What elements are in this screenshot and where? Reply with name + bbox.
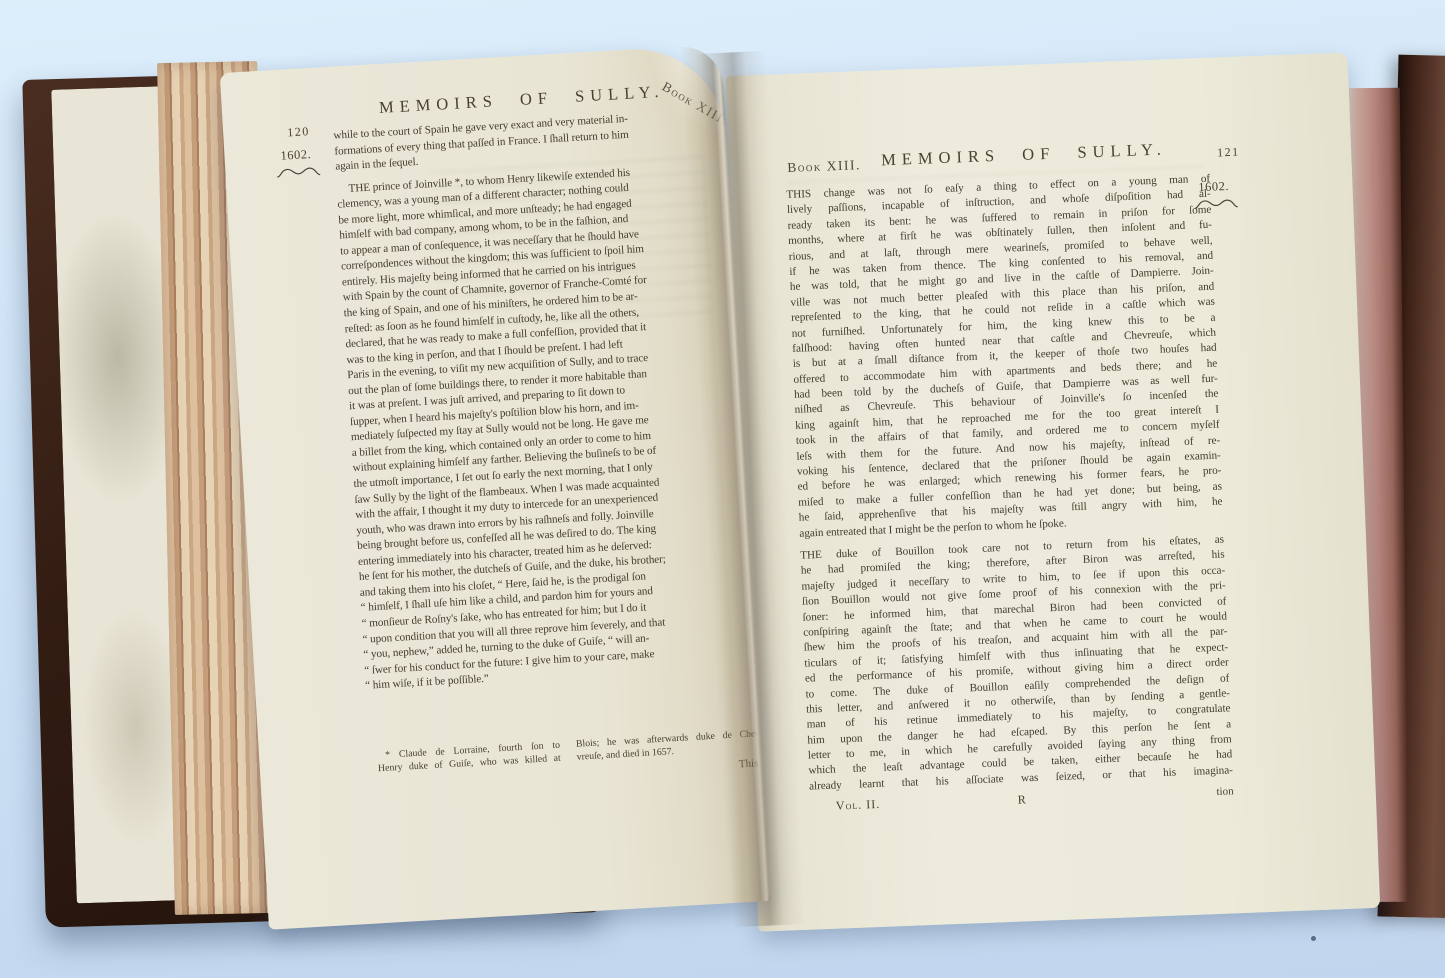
catchword: tion: [1216, 785, 1234, 798]
book-page-left: 120 MEMOIRS OF SULLY. Book XIII. 1602. w…: [220, 44, 771, 929]
paragraph: THIS change was not ſo eaſy a thing to e…: [786, 172, 1223, 542]
page-number: 120: [287, 124, 310, 140]
paragraph: THE duke of Bouillon took care not to re…: [800, 532, 1233, 794]
dust-speck: [1311, 936, 1316, 941]
margin-year: 1602.: [280, 147, 311, 164]
book-photo-scene: Book XIII. MEMOIRS OF SULLY. 121 1602. T…: [0, 0, 1445, 978]
page-number: 121: [1217, 145, 1240, 161]
footnote-column: Blois; he was afterwards duke de Che-vre…: [576, 727, 760, 763]
main-text-column: THIS change was not ſo eaſy a thing to e…: [786, 172, 1233, 802]
running-title: MEMOIRS OF SULLY.: [859, 139, 1190, 172]
main-text-column: while to the court of Spain he gave very…: [333, 106, 755, 701]
book-page-right: Book XIII. MEMOIRS OF SULLY. 121 1602. T…: [726, 52, 1380, 931]
paragraph: THE prince of Joinville *, to whom Henry…: [336, 160, 755, 695]
book-label: Book XIII.: [787, 157, 861, 176]
year-brace-swash-icon: [275, 163, 322, 179]
